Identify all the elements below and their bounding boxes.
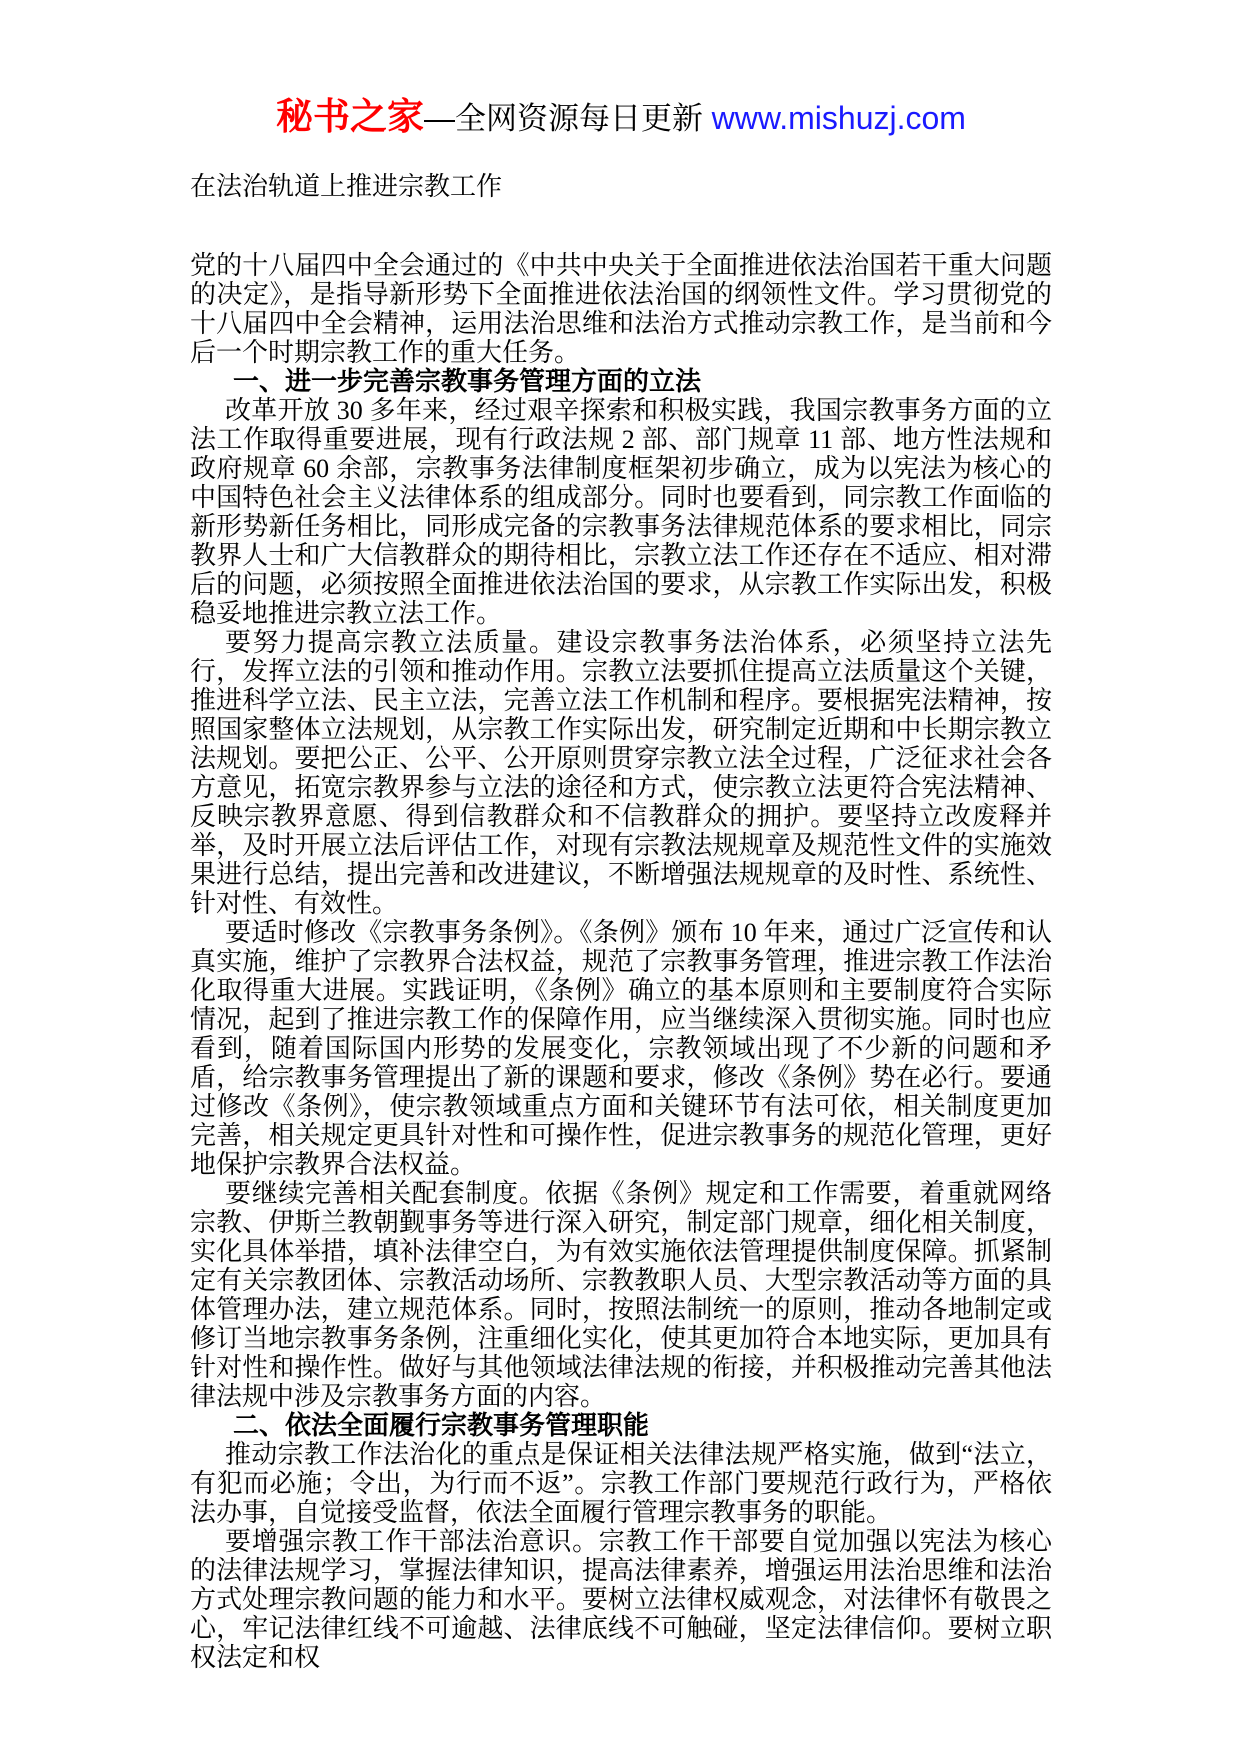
paragraph-intro: 党的十八届四中全会通过的《中共中央关于全面推进依法治国若干重大问题的决定》，是指… [190,251,1052,367]
site-header: 秘书之家—全网资源每日更新 www.mishuzj.com [130,0,1112,140]
paragraph: 要增强宗教工作干部法治意识。宗教工作干部要自觉加强以宪法为核心的法律法规学习，掌… [190,1527,1052,1672]
paragraph: 要继续完善相关配套制度。依据《条例》规定和工作需要，着重就网络宗教、伊斯兰教朝觐… [190,1179,1052,1411]
document-body: 党的十八届四中全会通过的《中共中央关于全面推进依法治国若干重大问题的决定》，是指… [190,251,1052,1672]
paragraph: 改革开放 30 多年来，经过艰辛探索和积极实践，我国宗教事务方面的立法工作取得重… [190,396,1052,628]
section-heading-1: 一、进一步完善宗教事务管理方面的立法 [190,367,1052,396]
section-heading-2: 二、依法全面履行宗教事务管理职能 [190,1411,1052,1440]
site-brand: 秘书之家 [276,96,424,137]
site-url-link[interactable]: www.mishuzj.com [712,100,966,136]
header-dash: — [424,101,455,136]
paragraph: 要适时修改《宗教事务条例》。《条例》颁布 10 年来，通过广泛宣传和认真实施，维… [190,918,1052,1179]
document-page: 秘书之家—全网资源每日更新 www.mishuzj.com 在法治轨道上推进宗教… [0,0,1240,1754]
paragraph: 推动宗教工作法治化的重点是保证相关法律法规严格实施，做到“法立，有犯而必施；令出… [190,1440,1052,1527]
paragraph: 要努力提高宗教立法质量。建设宗教事务法治体系，必须坚持立法先行，发挥立法的引领和… [190,628,1052,918]
header-tagline: 全网资源每日更新 [455,101,712,136]
document-title: 在法治轨道上推进宗教工作 [190,172,1052,201]
